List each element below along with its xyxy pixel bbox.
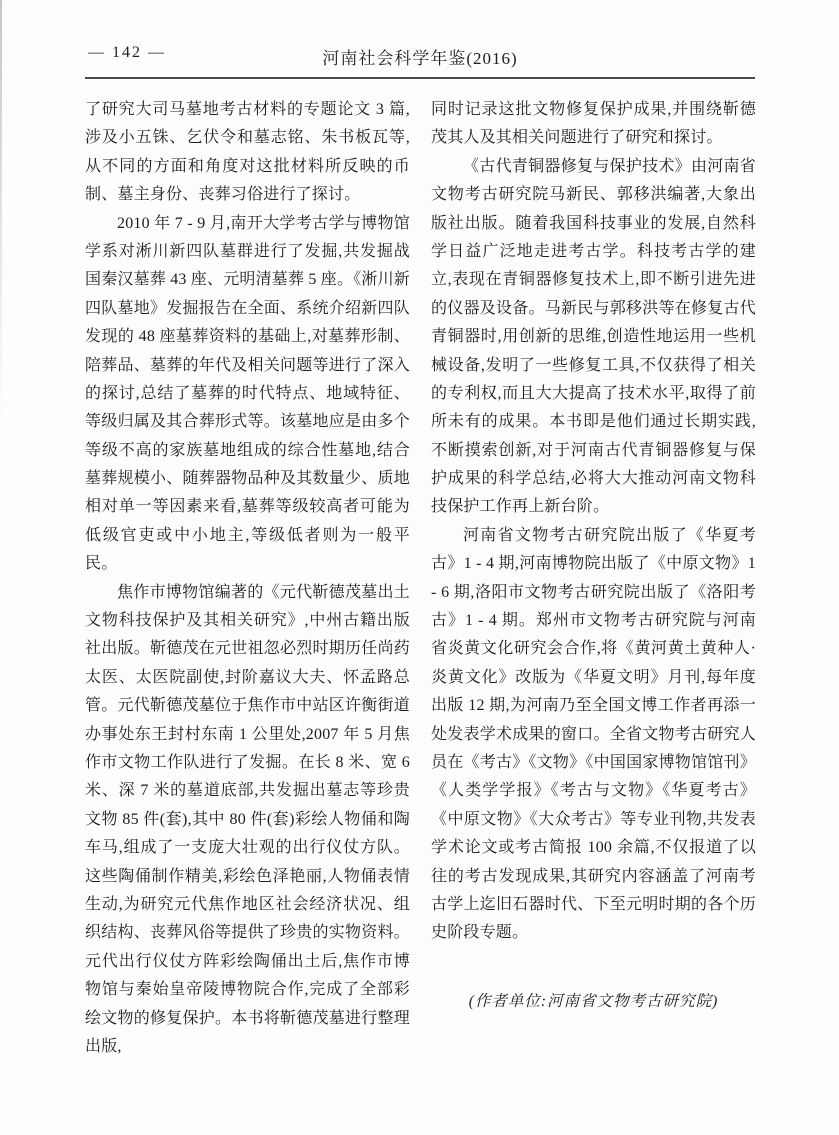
left-column: 了研究大司马墓地考古材料的专题论文 3 篇,涉及小五铢、乞伏令和墓志铭、朱书板瓦… [85,96,410,1061]
two-column-body: 了研究大司马墓地考古材料的专题论文 3 篇,涉及小五铢、乞伏令和墓志铭、朱书板瓦… [85,96,755,1061]
right-column: 同时记录这批文物修复保护成果,并围绕靳德茂其人及其相关问题进行了研究和探讨。 《… [431,96,756,1061]
yearbook-page: — 142 — 河南社会科学年鉴(2016) 了研究大司马墓地考古材料的专题论文… [0,0,839,1135]
body-paragraph: 同时记录这批文物修复保护成果,并围绕靳德茂其人及其相关问题进行了研究和探讨。 [431,96,756,153]
journal-title: 河南社会科学年鉴(2016) [85,44,755,69]
page-header: — 142 — 河南社会科学年鉴(2016) [85,44,755,70]
header-rule [85,77,755,79]
author-note: (作者单位:河南省文物考古研究院) [431,988,756,1016]
body-paragraph: 焦作市博物馆编著的《元代靳德茂墓出土文物科技保护及其相关研究》,中州古籍出版社出… [85,579,410,1062]
body-paragraph: 河南省文物考古研究院出版了《华夏考古》1 - 4 期,河南博物院出版了《中原文物… [431,522,756,948]
body-paragraph: 了研究大司马墓地考古材料的专题论文 3 篇,涉及小五铢、乞伏令和墓志铭、朱书板瓦… [85,96,410,210]
body-paragraph: 2010 年 7 - 9 月,南开大学考古学与博物馆学系对淅川新四队墓群进行了发… [85,210,410,579]
body-paragraph: 《古代青铜器修复与保护技术》由河南省文物考古研究院马新民、郭移洪编著,大象出版社… [431,153,756,522]
page-number: — 142 — [88,44,166,62]
